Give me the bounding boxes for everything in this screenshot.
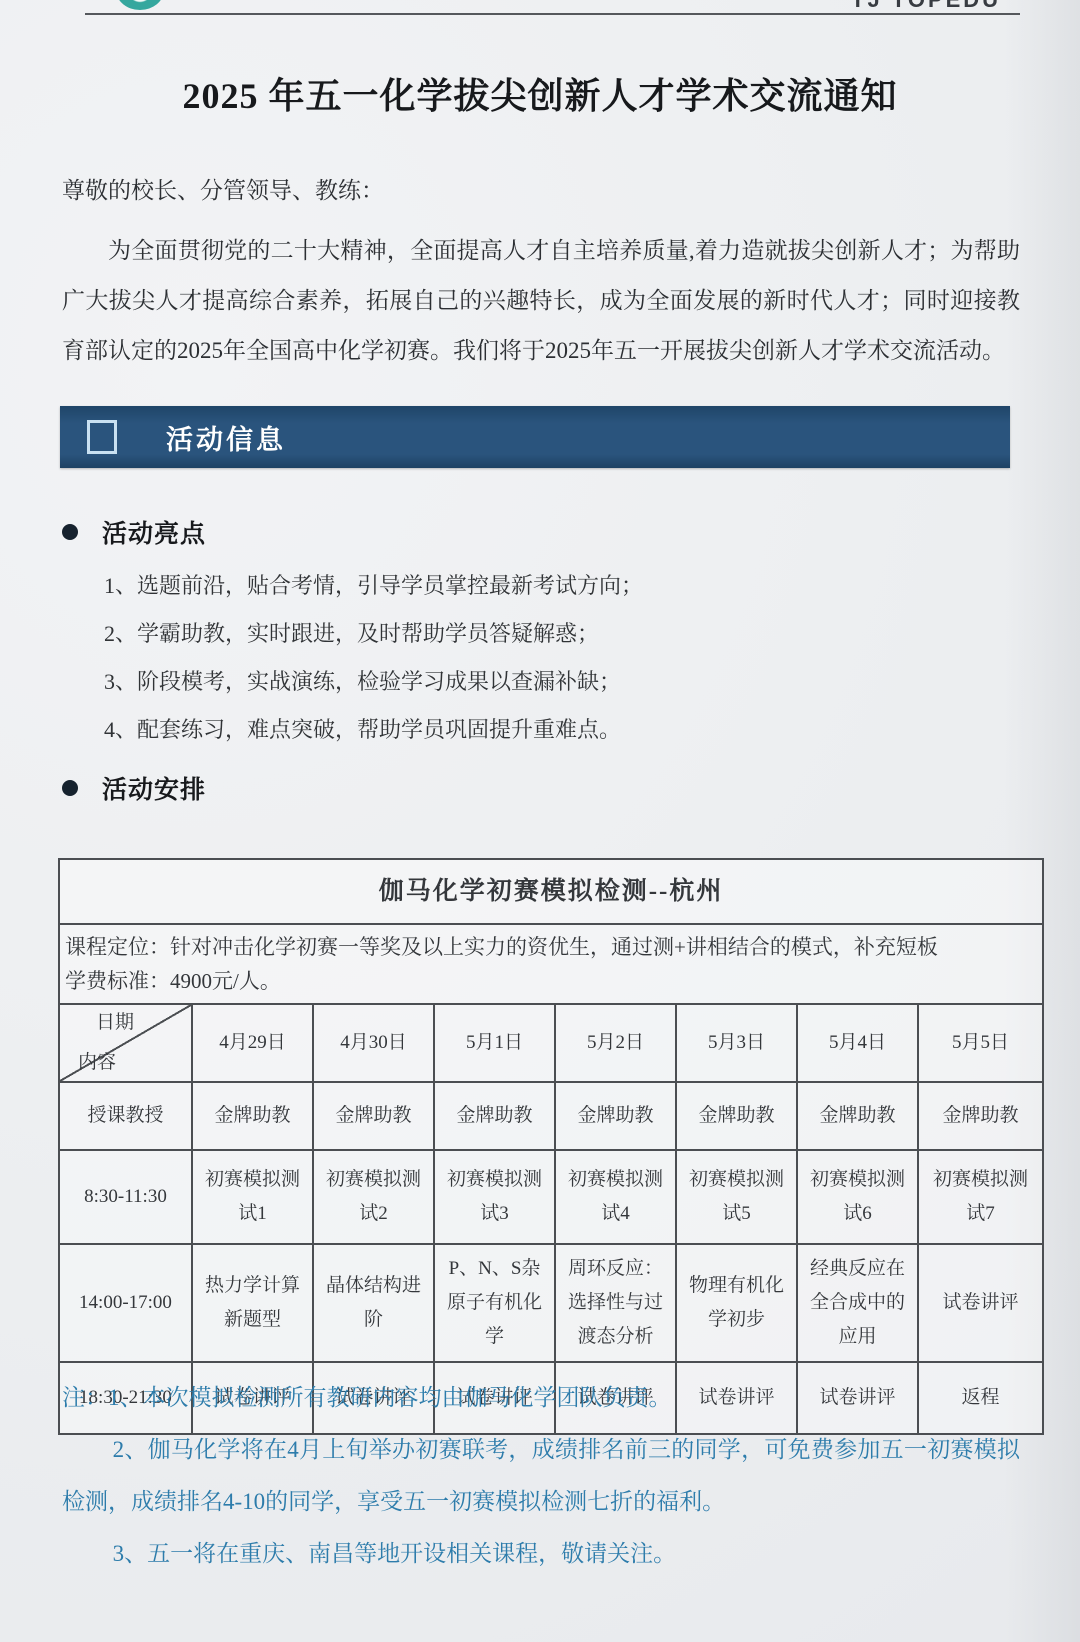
table-cell: 金牌助教 bbox=[555, 1082, 676, 1150]
list-item: 1、选题前沿，贴合考情，引导学员掌控最新考试方向； bbox=[104, 562, 1004, 610]
date-header: 5月1日 bbox=[434, 1004, 555, 1082]
schedule-table: 伽马化学初赛模拟检测--杭州 课程定位：针对冲击化学初赛一等奖及以上实力的资优生… bbox=[58, 858, 1044, 1435]
table-cell: P、N、S杂原子有机化学 bbox=[434, 1244, 555, 1362]
footnote: 3、五一将在重庆、南昌等地开设相关课程，敬请关注。 bbox=[62, 1528, 1020, 1580]
table-cell: 金牌助教 bbox=[918, 1082, 1043, 1150]
table-cell: 物理有机化学初步 bbox=[676, 1244, 797, 1362]
date-header: 5月3日 bbox=[676, 1004, 797, 1082]
footnote: 2、伽马化学将在4月上旬举办初赛联考，成绩排名前三的同学，可免费参加五一初赛模拟… bbox=[62, 1424, 1020, 1528]
table-cell: 初赛模拟测试3 bbox=[434, 1150, 555, 1244]
table-cell: 初赛模拟测试7 bbox=[918, 1150, 1043, 1244]
table-cell: 初赛模拟测试5 bbox=[676, 1150, 797, 1244]
footnotes: 注：1、本次模拟检测所有教研内容均由伽马化学团队负责。 2、伽马化学将在4月上旬… bbox=[62, 1372, 1020, 1580]
corner-content-label: 内容 bbox=[78, 1050, 116, 1076]
date-header: 4月30日 bbox=[313, 1004, 434, 1082]
table-cell: 初赛模拟测试4 bbox=[555, 1150, 676, 1244]
table-cell: 初赛模拟测试2 bbox=[313, 1150, 434, 1244]
table-course-info-row: 课程定位：针对冲击化学初赛一等奖及以上实力的资优生，通过测+讲相结合的模式，补充… bbox=[59, 924, 1043, 1004]
date-header: 5月2日 bbox=[555, 1004, 676, 1082]
table-cell: 试卷讲评 bbox=[918, 1244, 1043, 1362]
schedule-heading-label: 活动安排 bbox=[102, 770, 206, 806]
table-cell: 初赛模拟测试6 bbox=[797, 1150, 918, 1244]
letterhead-brand: TJ TOPEDU bbox=[851, 0, 1001, 13]
table-cell: 金牌助教 bbox=[676, 1082, 797, 1150]
table-cell: 周环反应：选择性与过渡态分析 bbox=[555, 1244, 676, 1362]
table-cell: 经典反应在全合成中的应用 bbox=[797, 1244, 918, 1362]
table-cell: 金牌助教 bbox=[192, 1082, 313, 1150]
table-header-row: 日期 内容 4月29日 4月30日 5月1日 5月2日 5月3日 5月4日 5月… bbox=[59, 1004, 1043, 1082]
row-label: 14:00-17:00 bbox=[59, 1244, 192, 1362]
table-cell: 初赛模拟测试1 bbox=[192, 1150, 313, 1244]
table-cell: 金牌助教 bbox=[434, 1082, 555, 1150]
list-item: 3、阶段模考，实战演练，检验学习成果以查漏补缺； bbox=[104, 658, 1004, 706]
bullet-icon bbox=[62, 524, 78, 540]
corner-date-label: 日期 bbox=[96, 1010, 134, 1036]
corner-cell: 日期 内容 bbox=[59, 1004, 192, 1082]
square-outline-icon bbox=[87, 420, 117, 454]
table-row: 8:30-11:30 初赛模拟测试1 初赛模拟测试2 初赛模拟测试3 初赛模拟测… bbox=[59, 1150, 1043, 1244]
course-positioning: 课程定位：针对冲击化学初赛一等奖及以上实力的资优生，通过测+讲相结合的模式，补充… bbox=[65, 930, 1037, 964]
table-title-row: 伽马化学初赛模拟检测--杭州 bbox=[59, 859, 1043, 924]
salutation: 尊敬的校长、分管领导、教练： bbox=[62, 172, 384, 205]
row-label: 授课教授 bbox=[59, 1082, 192, 1150]
notice-page: TJ TOPEDU 2025 年五一化学拔尖创新人才学术交流通知 尊敬的校长、分… bbox=[0, 0, 1080, 1642]
school-logo-icon bbox=[116, 0, 164, 10]
list-item: 4、配套练习，难点突破，帮助学员巩固提升重难点。 bbox=[104, 706, 1004, 754]
footnote: 注：1、本次模拟检测所有教研内容均由伽马化学团队负责。 bbox=[62, 1372, 1020, 1424]
highlights-list: 1、选题前沿，贴合考情，引导学员掌控最新考试方向； 2、学霸助教，实时跟进，及时… bbox=[104, 562, 1004, 754]
table-cell: 金牌助教 bbox=[313, 1082, 434, 1150]
section-banner-label: 活动信息 bbox=[166, 418, 286, 457]
section-banner-activity-info: 活动信息 bbox=[60, 406, 1010, 468]
page-title: 2025 年五一化学拔尖创新人才学术交流通知 bbox=[0, 68, 1080, 119]
date-header: 5月4日 bbox=[797, 1004, 918, 1082]
table-cell: 金牌助教 bbox=[797, 1082, 918, 1150]
intro-paragraph: 为全面贯彻党的二十大精神，全面提高人才自主培养质量,着力造就拔尖创新人才；为帮助… bbox=[62, 226, 1020, 376]
table-cell: 热力学计算新题型 bbox=[192, 1244, 313, 1362]
course-info-cell: 课程定位：针对冲击化学初赛一等奖及以上实力的资优生，通过测+讲相结合的模式，补充… bbox=[59, 924, 1043, 1004]
list-item: 2、学霸助教，实时跟进，及时帮助学员答疑解惑； bbox=[104, 610, 1004, 658]
table-row: 14:00-17:00 热力学计算新题型 晶体结构进阶 P、N、S杂原子有机化学… bbox=[59, 1244, 1043, 1362]
highlights-heading: 活动亮点 bbox=[62, 514, 206, 550]
row-label: 8:30-11:30 bbox=[59, 1150, 192, 1244]
bullet-icon bbox=[62, 780, 78, 796]
table-title: 伽马化学初赛模拟检测--杭州 bbox=[59, 859, 1043, 924]
date-header: 5月5日 bbox=[918, 1004, 1043, 1082]
tuition: 学费标准：4900元/人。 bbox=[65, 964, 1037, 998]
highlights-heading-label: 活动亮点 bbox=[102, 514, 206, 550]
table-cell: 晶体结构进阶 bbox=[313, 1244, 434, 1362]
schedule-heading: 活动安排 bbox=[62, 770, 206, 806]
letterhead-divider bbox=[85, 13, 1020, 15]
table-row: 授课教授 金牌助教 金牌助教 金牌助教 金牌助教 金牌助教 金牌助教 金牌助教 bbox=[59, 1082, 1043, 1150]
date-header: 4月29日 bbox=[192, 1004, 313, 1082]
